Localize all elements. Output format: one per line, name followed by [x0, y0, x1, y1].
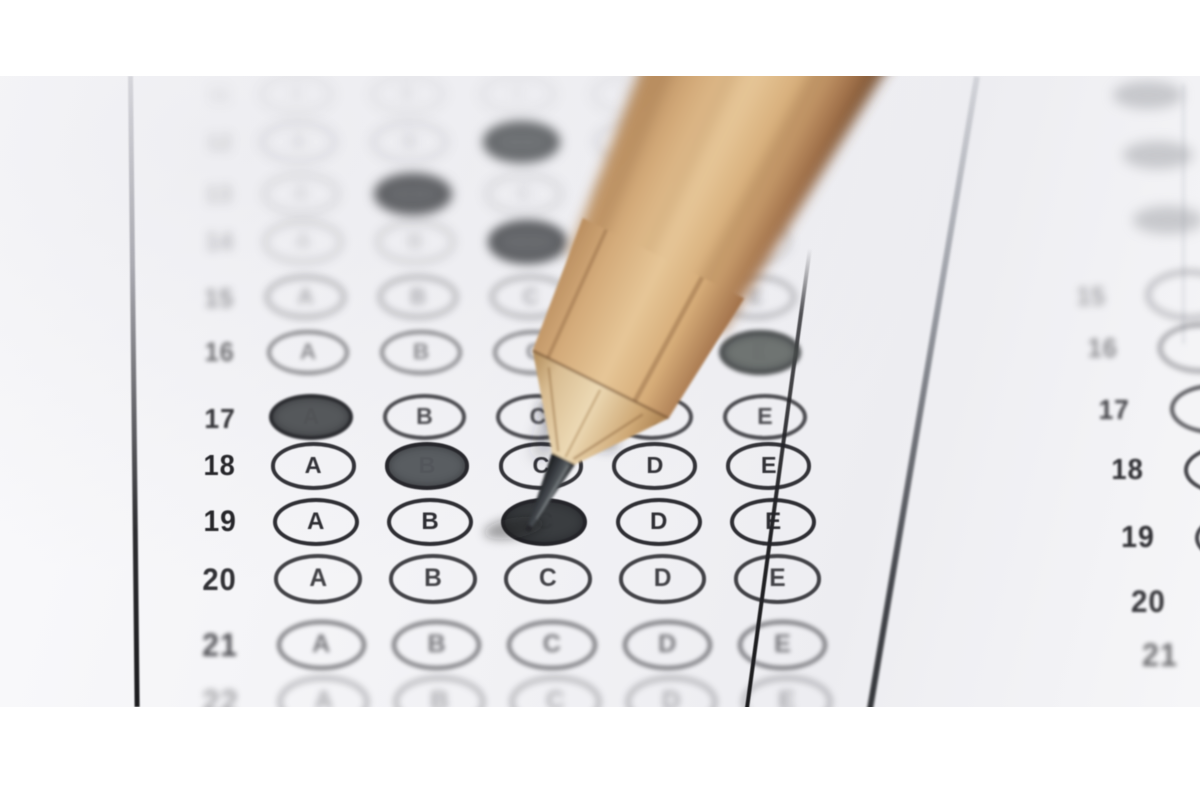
pencil [0, 76, 1200, 707]
answer-sheet-photo: 11ABCDE12ABCDE13ABCDE14ABCDE15ABCDE16ABC… [0, 76, 1200, 707]
scantron-photo-page: { "scene": { "description": "Photograph … [0, 0, 1200, 799]
